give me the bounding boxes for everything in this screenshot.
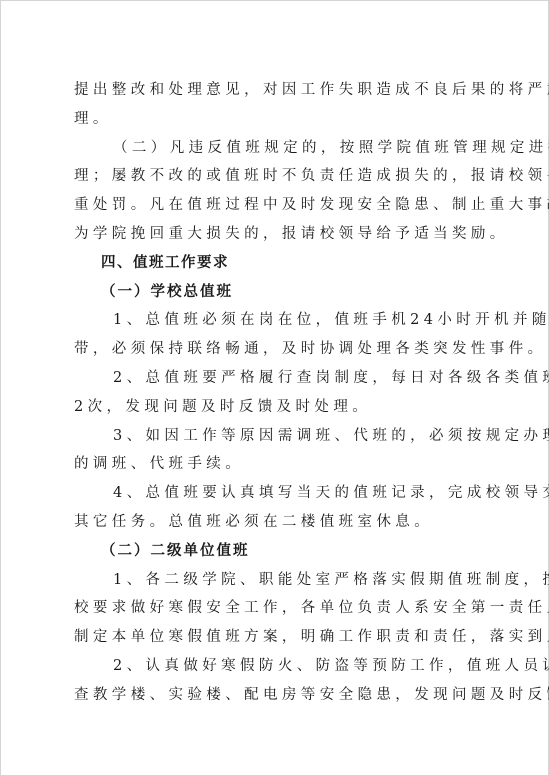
paragraph-line: 制定本单位寒假值班方案，明确工作职责和责任，落实到人。 (74, 623, 474, 652)
paragraph-line: 带，必须保持联络畅通，及时协调处理各类突发性事件。 (74, 335, 474, 364)
paragraph-line: 1、各二级学院、职能处室严格落实假期值班制度，按照学 (74, 566, 474, 595)
paragraph-line: 查教学楼、实验楼、配电房等安全隐患，发现问题及时反馈和 (74, 681, 474, 710)
paragraph-line: 理；屡教不改的或值班时不负责任造成损失的，报请校领导从 (74, 162, 474, 191)
paragraph-line: 3、如因工作等原因需调班、代班的，必须按规定办理相关 (74, 422, 474, 451)
paragraph-line: 理。 (74, 105, 474, 134)
subsection-heading: （二）二级单位值班 (74, 537, 474, 566)
subsection-heading: （一）学校总值班 (74, 278, 474, 307)
paragraph-line: 2、总值班要严格履行查岗制度，每日对各级各类值班检查 (74, 364, 474, 393)
paragraph-line: 提出整改和处理意见，对因工作失职造成不良后果的将严肃处 (74, 76, 474, 105)
paragraph-line: 2次，发现问题及时反馈及时处理。 (74, 393, 474, 422)
document-body: 提出整改和处理意见，对因工作失职造成不良后果的将严肃处 理。 （二）凡违反值班规… (74, 76, 474, 710)
paragraph-line: 的调班、代班手续。 (74, 450, 474, 479)
section-heading: 四、值班工作要求 (74, 249, 474, 278)
paragraph-line: 为学院挽回重大损失的，报请校领导给予适当奖励。 (74, 220, 474, 249)
paragraph-line: 4、总值班要认真填写当天的值班记录，完成校领导交办的 (74, 479, 474, 508)
paragraph-line: 2、认真做好寒假防火、防盗等预防工作，值班人员认真检 (74, 652, 474, 681)
paragraph-line: 1、总值班必须在岗在位，值班手机24小时开机并随身携 (74, 306, 474, 335)
document-page: 提出整改和处理意见，对因工作失职造成不良后果的将严肃处 理。 （二）凡违反值班规… (0, 0, 549, 776)
paragraph-line: 其它任务。总值班必须在二楼值班室休息。 (74, 508, 474, 537)
paragraph-line: 校要求做好寒假安全工作，各单位负责人系安全第一责任人， (74, 594, 474, 623)
paragraph-line: 重处罚。凡在值班过程中及时发现安全隐患、制止重大事故， (74, 191, 474, 220)
paragraph-line: （二）凡违反值班规定的，按照学院值班管理规定进行处 (74, 134, 474, 163)
